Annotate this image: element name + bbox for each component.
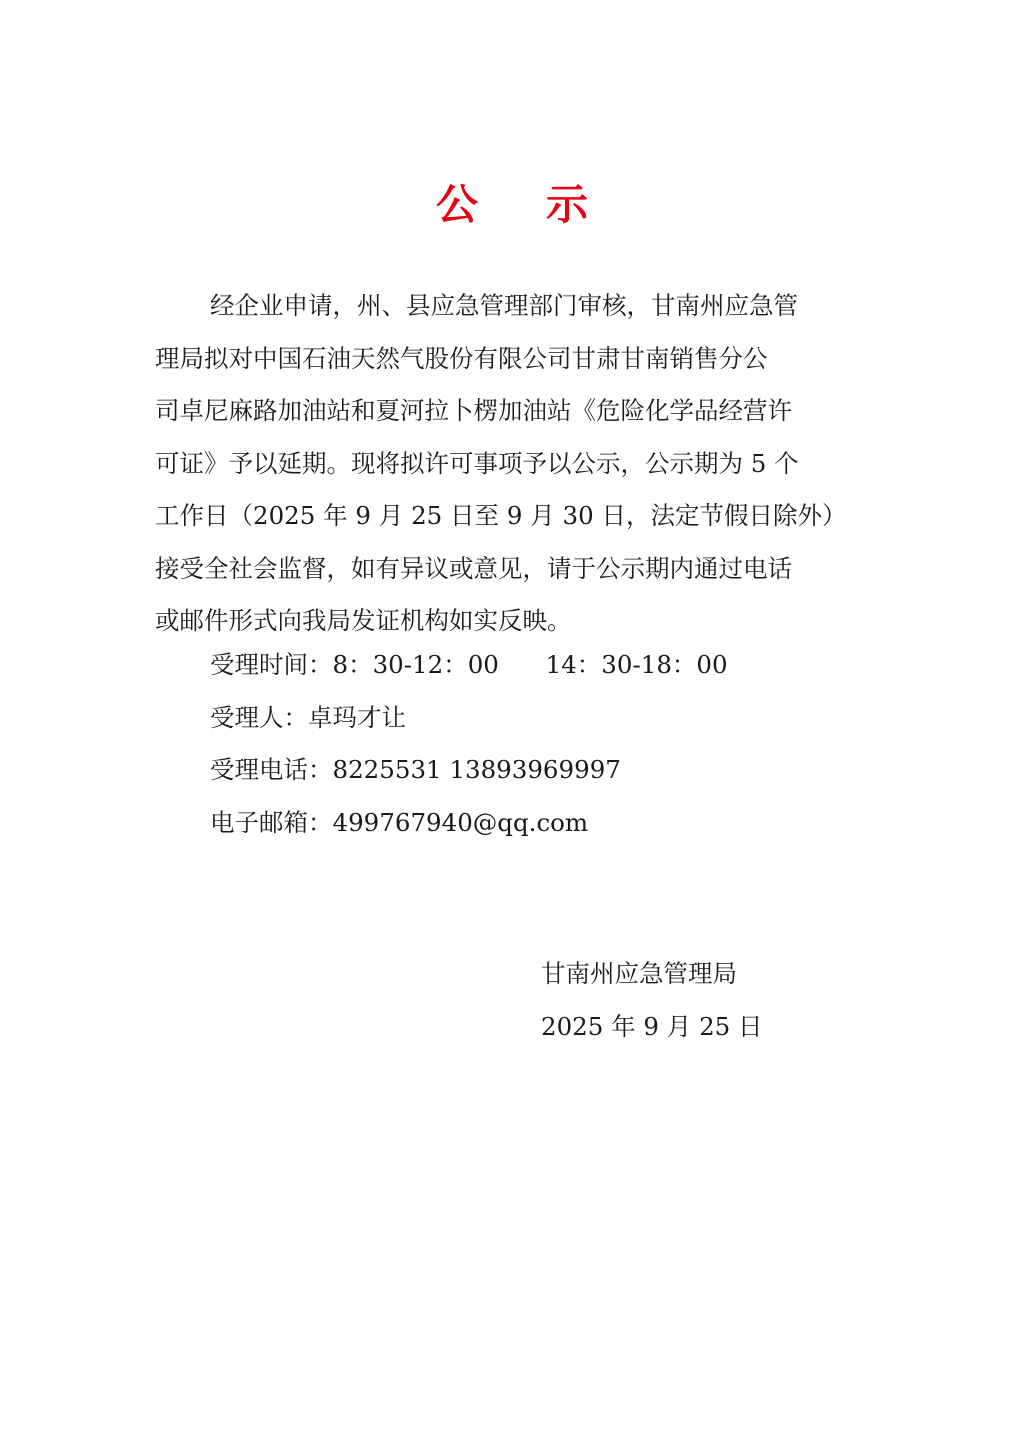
title-char-1: 公 <box>436 172 478 232</box>
body-line: 可证》予以延期。现将拟许可事项予以公示，公示期为 5 个 <box>155 438 871 491</box>
body-line: 接受全社会监督，如有异议或意见，请于公示期内通过电话 <box>155 543 871 596</box>
title-char-2: 示 <box>546 172 588 232</box>
contact-phone: 受理电话：8225531 13893969997 <box>210 744 728 797</box>
body-line: 工作日（2025 年 9 月 25 日至 9 月 30 日，法定节假日除外） <box>155 490 871 543</box>
office-hours: 受理时间：8：30-12：00 14：30-18：00 <box>210 639 728 692</box>
issue-date: 2025 年 9 月 25 日 <box>541 1001 763 1054</box>
contact-person: 受理人：卓玛才让 <box>210 692 728 745</box>
body-line: 理局拟对中国石油天然气股份有限公司甘肃甘南销售分公 <box>155 333 871 386</box>
body-line: 经企业申请，州、县应急管理部门审核，甘南州应急管 <box>155 280 871 333</box>
issuing-org: 甘南州应急管理局 <box>541 948 763 1001</box>
signature-block: 甘南州应急管理局 2025 年 9 月 25 日 <box>541 948 763 1053</box>
page-title: 公示 <box>0 172 1024 232</box>
contact-email: 电子邮箱：499767940@qq.com <box>210 797 728 850</box>
notice-body: 经企业申请，州、县应急管理部门审核，甘南州应急管 理局拟对中国石油天然气股份有限… <box>155 280 871 648</box>
contact-info: 受理时间：8：30-12：00 14：30-18：00 受理人：卓玛才让 受理电… <box>210 639 728 849</box>
body-line: 司卓尼麻路加油站和夏河拉卜楞加油站《危险化学品经营许 <box>155 385 871 438</box>
